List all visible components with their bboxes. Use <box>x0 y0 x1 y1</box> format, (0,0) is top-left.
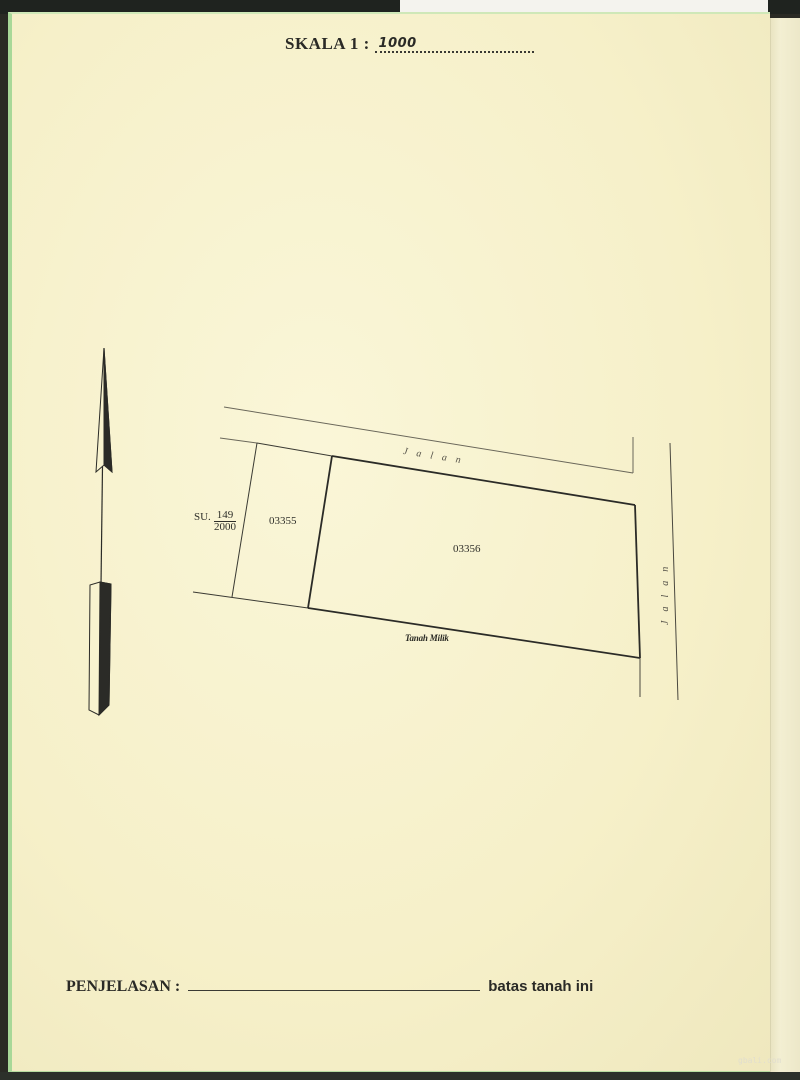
north-arrow-icon <box>89 348 112 715</box>
survey-number-fraction: 149 2000 <box>214 510 236 533</box>
south-boundary-label: Tanah Milik <box>405 633 449 643</box>
parcel-label-03356: 03356 <box>453 543 481 555</box>
su-prefix: SU. <box>194 511 211 523</box>
land-map <box>0 0 800 1080</box>
explanation-label: PENJELASAN : <box>66 978 180 995</box>
watermark: gbali.com <box>738 1056 781 1065</box>
explanation-line: PENJELASAN : batas tanah ini <box>66 978 593 996</box>
survey-year: 2000 <box>214 521 236 533</box>
parcel-03356-outline <box>308 456 640 658</box>
road-top-boundary <box>220 407 633 473</box>
road-right-boundary <box>640 443 678 700</box>
explanation-blank <box>188 978 480 991</box>
road-right-label: Jalan <box>660 558 671 625</box>
parcel-label-03355: 03355 <box>269 515 297 527</box>
explanation-suffix: batas tanah ini <box>488 978 593 995</box>
